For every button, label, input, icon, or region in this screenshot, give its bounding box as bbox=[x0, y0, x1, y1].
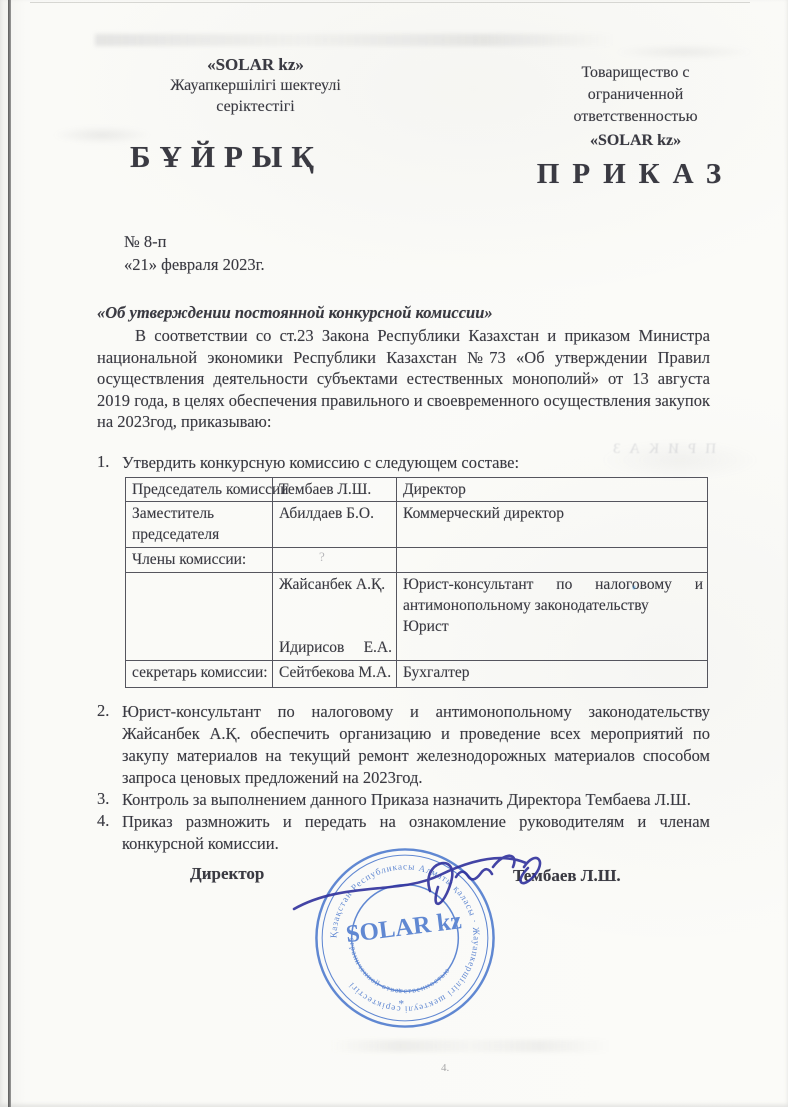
intro-paragraph: В соответствии со ст.23 Закона Республик… bbox=[97, 325, 710, 433]
header-russian: Товарищество с ограниченной ответственно… bbox=[513, 62, 758, 191]
member-position-2: Юрист bbox=[403, 616, 703, 637]
role-cell: Члены комиссии: bbox=[126, 548, 273, 573]
scan-artifact-question-mark: ? bbox=[319, 549, 325, 565]
company-name-kk: «SOLAR kz» bbox=[98, 55, 413, 75]
doc-title-kk: БҰЙРЫҚ bbox=[98, 139, 413, 175]
list-item: 1. Утвердить конкурсную комиссию с следу… bbox=[97, 452, 710, 474]
scan-artifact bbox=[330, 1040, 610, 1052]
position-cell: Юрист-консультант по налоговому и антимо… bbox=[397, 573, 708, 661]
item-text: Контроль за выполнением данного Приказа … bbox=[122, 789, 710, 811]
name-cell: Абилдаев Б.О. bbox=[273, 502, 397, 548]
list-item: 3. Контроль за выполнением данного Прика… bbox=[97, 789, 710, 811]
scanned-page: «SOLAR kz» Жауапкершілігі шектеулі серік… bbox=[0, 0, 788, 1107]
commission-table: Председатель комиссии Тембаев Л.Ш. Дирек… bbox=[125, 477, 708, 688]
scan-artifact bbox=[614, 44, 754, 60]
item-text: Утвердить конкурсную комиссию с следующе… bbox=[122, 452, 710, 474]
role-cell: секретарь комиссии: bbox=[126, 661, 273, 688]
table-row: Члены комиссии: bbox=[126, 548, 708, 573]
signature-scribble bbox=[288, 833, 558, 928]
stamp-star-mark: * bbox=[398, 999, 404, 1011]
position-cell bbox=[397, 548, 708, 573]
table-wrapper: Председатель комиссии Тембаев Л.Ш. Дирек… bbox=[97, 477, 710, 688]
position-cell: Коммерческий директор bbox=[397, 502, 708, 548]
item-text: Юрист-консультант по налоговому и антимо… bbox=[122, 701, 710, 789]
page-number-mark: 4. bbox=[441, 1062, 449, 1074]
name-cell: Жайсанбек А.Қ. Идирисов Е.А. bbox=[273, 573, 397, 661]
position-cell: Директор bbox=[397, 478, 708, 502]
list-item: 2. Юрист-консультант по налоговому и ант… bbox=[97, 701, 710, 789]
items-2-4: 2. Юрист-консультант по налоговому и ант… bbox=[97, 701, 710, 855]
table-row: Председатель комиссии Тембаев Л.Ш. Дирек… bbox=[126, 478, 708, 502]
org-type-kk-line1: Жауапкершілігі шектеулі bbox=[98, 75, 413, 96]
item-number: 3. bbox=[97, 789, 122, 811]
table-row: Жайсанбек А.Қ. Идирисов Е.А. Юрист-консу… bbox=[126, 573, 708, 661]
item-number: 4. bbox=[97, 811, 122, 855]
item-number: 1. bbox=[97, 452, 122, 474]
position-cell: Бухгалтер bbox=[397, 661, 708, 688]
role-cell bbox=[126, 573, 273, 661]
subject-line: «Об утверждении постоянной конкурсной ко… bbox=[97, 303, 710, 323]
company-name-ru: «SOLAR kz» bbox=[513, 132, 758, 150]
stamp-star-mark: * bbox=[396, 987, 402, 999]
name-cell: Сейтбекова М.А. bbox=[273, 661, 397, 688]
member-position-1: Юрист-консультант по налоговому и антимо… bbox=[403, 574, 703, 616]
org-type-ru-line2: ограниченной bbox=[513, 84, 758, 106]
doc-meta: № 8-п «21» февраля 2023г. bbox=[124, 230, 265, 276]
scanner-edge-line bbox=[8, 0, 11, 1107]
table-row: секретарь комиссии: Сейтбекова М.А. Бухг… bbox=[126, 661, 708, 688]
scan-artifact-ink-dot bbox=[632, 585, 636, 590]
doc-number: № 8-п bbox=[124, 230, 265, 253]
role-cell: Заместитель председателя bbox=[126, 502, 273, 548]
item-number: 2. bbox=[97, 701, 122, 789]
document-body: «Об утверждении постоянной конкурсной ко… bbox=[97, 303, 710, 433]
name-cell: Тембаев Л.Ш. bbox=[273, 478, 397, 502]
doc-title-ru: ПРИКАЗ bbox=[513, 158, 758, 191]
name-cell bbox=[273, 548, 397, 573]
org-type-ru-line1: Товарищество с bbox=[513, 62, 758, 84]
signer-role: Директор bbox=[190, 864, 264, 884]
member-name-1: Жайсанбек А.Қ. bbox=[279, 574, 392, 595]
table-row: Заместитель председателя Абилдаев Б.О. К… bbox=[126, 502, 708, 548]
scanner-edge-top bbox=[30, 2, 750, 3]
org-type-kk-line2: серіктестігі bbox=[98, 96, 413, 117]
role-cell: Председатель комиссии bbox=[126, 478, 273, 502]
order-items: 1. Утвердить конкурсную комиссию с следу… bbox=[97, 452, 710, 855]
header-kazakh: «SOLAR kz» Жауапкершілігі шектеулі серік… bbox=[98, 55, 413, 175]
member-name-2: Идирисов Е.А. bbox=[279, 637, 392, 658]
org-type-ru-line3: ответственностью bbox=[513, 106, 758, 128]
scan-artifact bbox=[95, 34, 615, 46]
doc-date: «21» февраля 2023г. bbox=[124, 253, 265, 276]
